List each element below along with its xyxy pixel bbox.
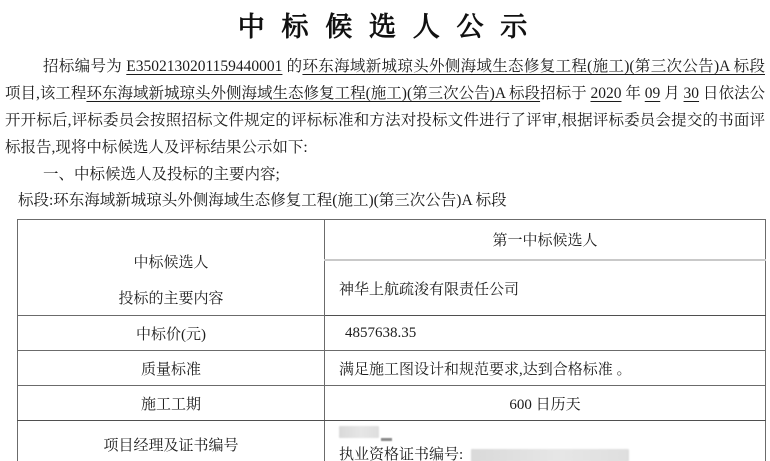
cert-number-line: 执业资格证书编号: xyxy=(339,446,765,461)
intro-seg-0: 招标编号为 xyxy=(43,58,126,75)
bidder-label: 中标候选人 xyxy=(133,251,208,272)
redacted-manager-name xyxy=(339,426,379,438)
section-heading: 一、中标候选人及投标的主要内容; xyxy=(5,161,765,188)
bidder-content-label-cell: 中标候选人 投标的主要内容 xyxy=(18,220,325,316)
intro-seg-10: 月 xyxy=(660,85,683,102)
price-label-cell: 中标价(元) xyxy=(18,316,325,351)
manager-label-cell: 项目经理及证书编号 xyxy=(18,421,325,461)
manager-name-line xyxy=(339,424,765,441)
bidder-content-label-inner: 中标候选人 投标的主要内容 xyxy=(18,221,324,315)
bid-result-table: 中标候选人 投标的主要内容 第一中标候选人 神华上航疏浚有限责任公司 中标价(元… xyxy=(17,219,766,461)
project-name-2: 环东海域新城琼头外侧海域生态修复工程(施工)(第三次公告)A 标段 xyxy=(86,85,540,102)
intro-seg-8: 年 xyxy=(621,85,644,102)
table-row: 中标价(元) 4857638.35 xyxy=(18,316,766,351)
page-title: 中 标 候 选 人 公 示 xyxy=(4,9,766,45)
price-value-cell: 4857638.35 xyxy=(325,316,766,351)
bid-month: 09 xyxy=(645,85,661,102)
table-row: 项目经理及证书编号 执业资格证书编号: xyxy=(18,421,766,461)
redaction-mark xyxy=(381,438,392,441)
announcement-document: 中 标 候 选 人 公 示 招标编号为 E3502130201159440001… xyxy=(0,0,770,461)
cert-label: 执业资格证书编号: xyxy=(339,447,463,461)
content-label: 投标的主要内容 xyxy=(118,287,223,308)
table-row: 质量标准 满足施工图设计和规范要求,达到合格标准 。 xyxy=(18,351,766,386)
manager-cell-inner: 执业资格证书编号: xyxy=(325,421,765,461)
bid-section-label: 标段:环东海域新城琼头外侧海域生态修复工程(施工)(第三次公告)A 标段 xyxy=(18,188,765,213)
intro-seg-2: 的 xyxy=(282,58,302,75)
first-candidate-header-cell: 第一中标候选人 xyxy=(325,220,766,261)
intro-seg-4: 项目,该工程 xyxy=(5,85,86,102)
company-name-cell: 神华上航疏浚有限责任公司 xyxy=(325,260,766,316)
manager-value-cell: 执业资格证书编号: xyxy=(325,421,766,461)
quality-value-cell: 满足施工图设计和规范要求,达到合格标准 。 xyxy=(325,351,766,386)
table-row: 中标候选人 投标的主要内容 第一中标候选人 xyxy=(18,220,766,261)
redacted-cert-number xyxy=(471,449,629,461)
bid-day: 30 xyxy=(684,85,700,102)
intro-seg-6: 招标于 xyxy=(540,85,590,102)
bid-year: 2020 xyxy=(590,85,621,102)
quality-label-cell: 质量标准 xyxy=(18,351,325,386)
project-name-1: 环东海域新城琼头外侧海域生态修复工程(施工)(第三次公告)A 标段 xyxy=(302,58,765,75)
duration-label-cell: 施工工期 xyxy=(18,386,325,421)
table-row: 施工工期 600 日历天 xyxy=(18,386,766,421)
intro-paragraph: 招标编号为 E3502130201159440001 的环东海域新城琼头外侧海域… xyxy=(5,53,765,161)
tender-number: E3502130201159440001 xyxy=(126,58,282,75)
duration-value-cell: 600 日历天 xyxy=(325,386,766,421)
